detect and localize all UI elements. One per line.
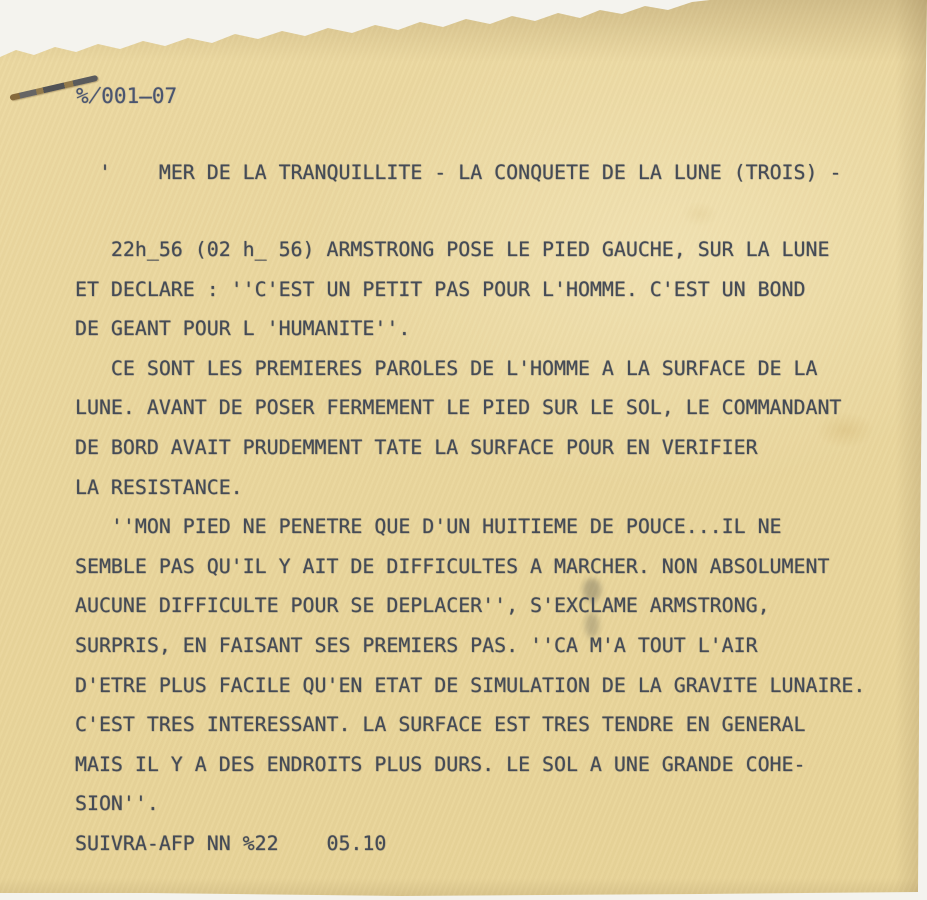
text-line: AUCUNE DIFFICULTE POUR SE DEPLACER'', S'… [75,586,865,626]
text-line: DE BORD AVAIT PRUDEMMENT TATE LA SURFACE… [75,428,865,468]
headline: MER DE LA TRANQUILLITE - LA CONQUETE DE … [111,161,842,184]
text-line: C'EST TRES INTERESSANT. LA SURFACE EST T… [75,705,865,745]
headline-row: ' MER DE LA TRANQUILLITE - LA CONQUETE D… [75,153,841,193]
text-line: 22h̲56 (02 h̲ 56) ARMSTRONG POSE LE PIED… [75,230,865,270]
text-line: MAIS IL Y A DES ENDROITS PLUS DURS. LE S… [75,745,865,785]
body-text: 22h̲56 (02 h̲ 56) ARMSTRONG POSE LE PIED… [75,230,865,864]
text-line: LA RESISTANCE. [75,468,865,508]
text-line: DE GEANT POUR L 'HUMANITE''. [75,309,865,349]
text-line: SION''. [75,784,865,824]
serial-number: %̸001̶07 [76,84,177,108]
text-line: CE SONT LES PREMIERES PAROLES DE L'HOMME… [75,349,865,389]
text-line: ET DECLARE : ''C'EST UN PETIT PAS POUR L… [75,270,865,310]
footer-line: SUIVRA-AFP NN %22 05.10 [75,824,865,864]
text-line: ''MON PIED NE PENETRE QUE D'UN HUITIEME … [75,507,865,547]
text-line: LUNE. AVANT DE POSER FERMEMENT LE PIED S… [75,388,865,428]
text-line: SURPRIS, EN FAISANT SES PREMIERS PAS. ''… [75,626,865,666]
text-line: SEMBLE PAS QU'IL Y AIT DE DIFFICULTES A … [75,547,865,587]
telegram-sheet: %̸001̶07 ' MER DE LA TRANQUILLITE - LA C… [0,0,927,900]
text-line: D'ETRE PLUS FACILE QU'EN ETAT DE SIMULAT… [75,666,865,706]
stray-apostrophe: ' [75,161,111,184]
